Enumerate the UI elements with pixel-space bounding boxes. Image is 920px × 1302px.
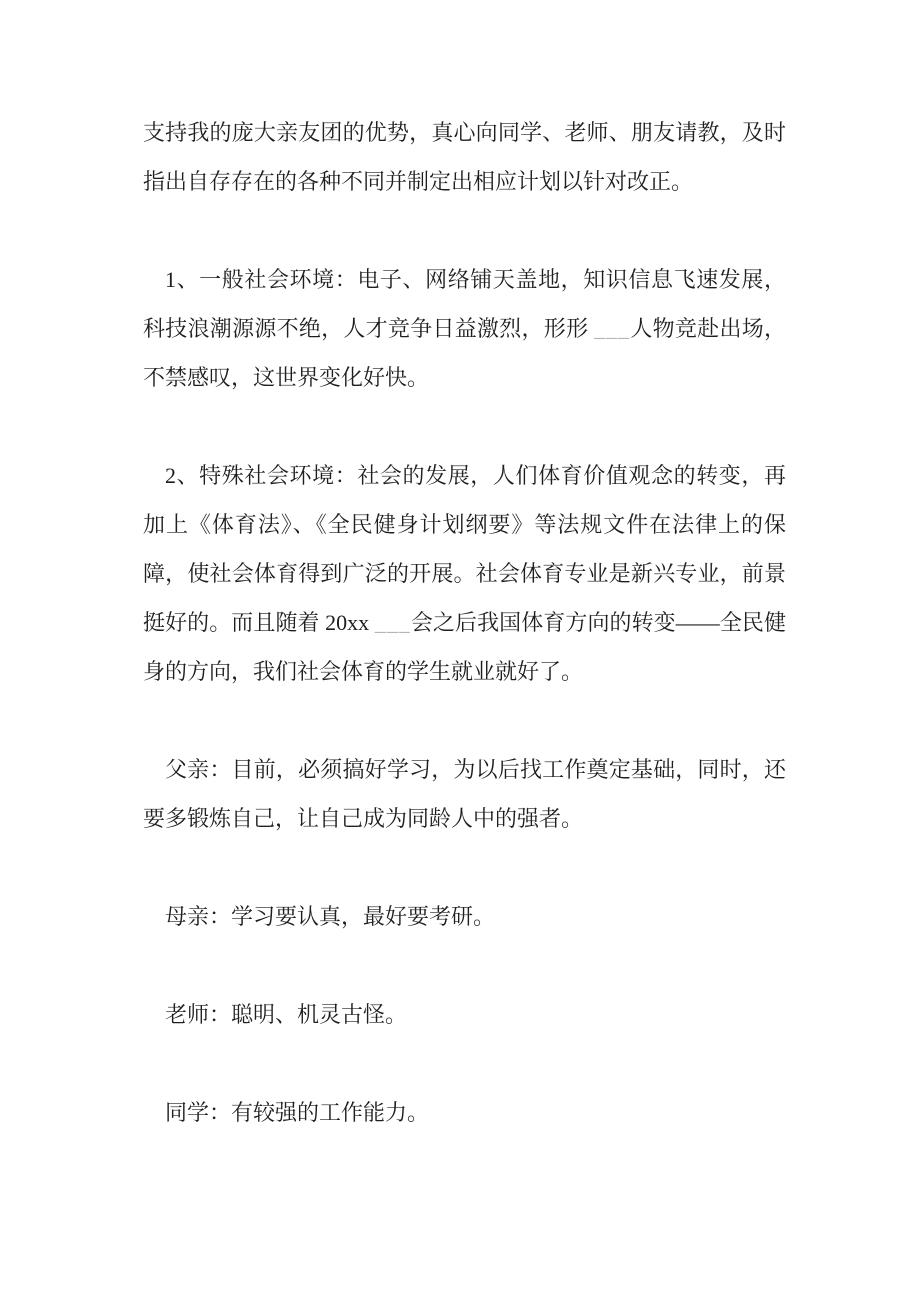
document-page: 支持我的庞大亲友团的优势，真心向同学、老师、朋友请教，及时指出自存存在的各种不同…: [0, 0, 920, 1302]
paragraph-3: 2、特殊社会环境：社会的发展，人们体育价值观念的转变，再加上《体育法》、《全民健…: [143, 451, 786, 696]
document-body: 支持我的庞大亲友团的优势，真心向同学、老师、朋友请教，及时指出自存存在的各种不同…: [143, 108, 786, 1137]
paragraph-5: 母亲：学习要认真，最好要考研。: [143, 892, 786, 941]
fill-in-blank: ___: [594, 316, 630, 341]
paragraph-6: 老师：聪明、机灵古怪。: [143, 990, 786, 1039]
paragraph-2: 1、一般社会环境：电子、网络铺天盖地，知识信息飞速发展，科技浪潮源源不绝，人才竞…: [143, 255, 786, 402]
paragraph-4: 父亲：目前，必须搞好学习，为以后找工作奠定基础，同时，还要多锻炼自己，让自己成为…: [143, 745, 786, 843]
paragraph-1: 支持我的庞大亲友团的优势，真心向同学、老师、朋友请教，及时指出自存存在的各种不同…: [143, 108, 786, 206]
paragraph-7: 同学：有较强的工作能力。: [143, 1088, 786, 1137]
fill-in-blank: ___: [375, 610, 411, 635]
